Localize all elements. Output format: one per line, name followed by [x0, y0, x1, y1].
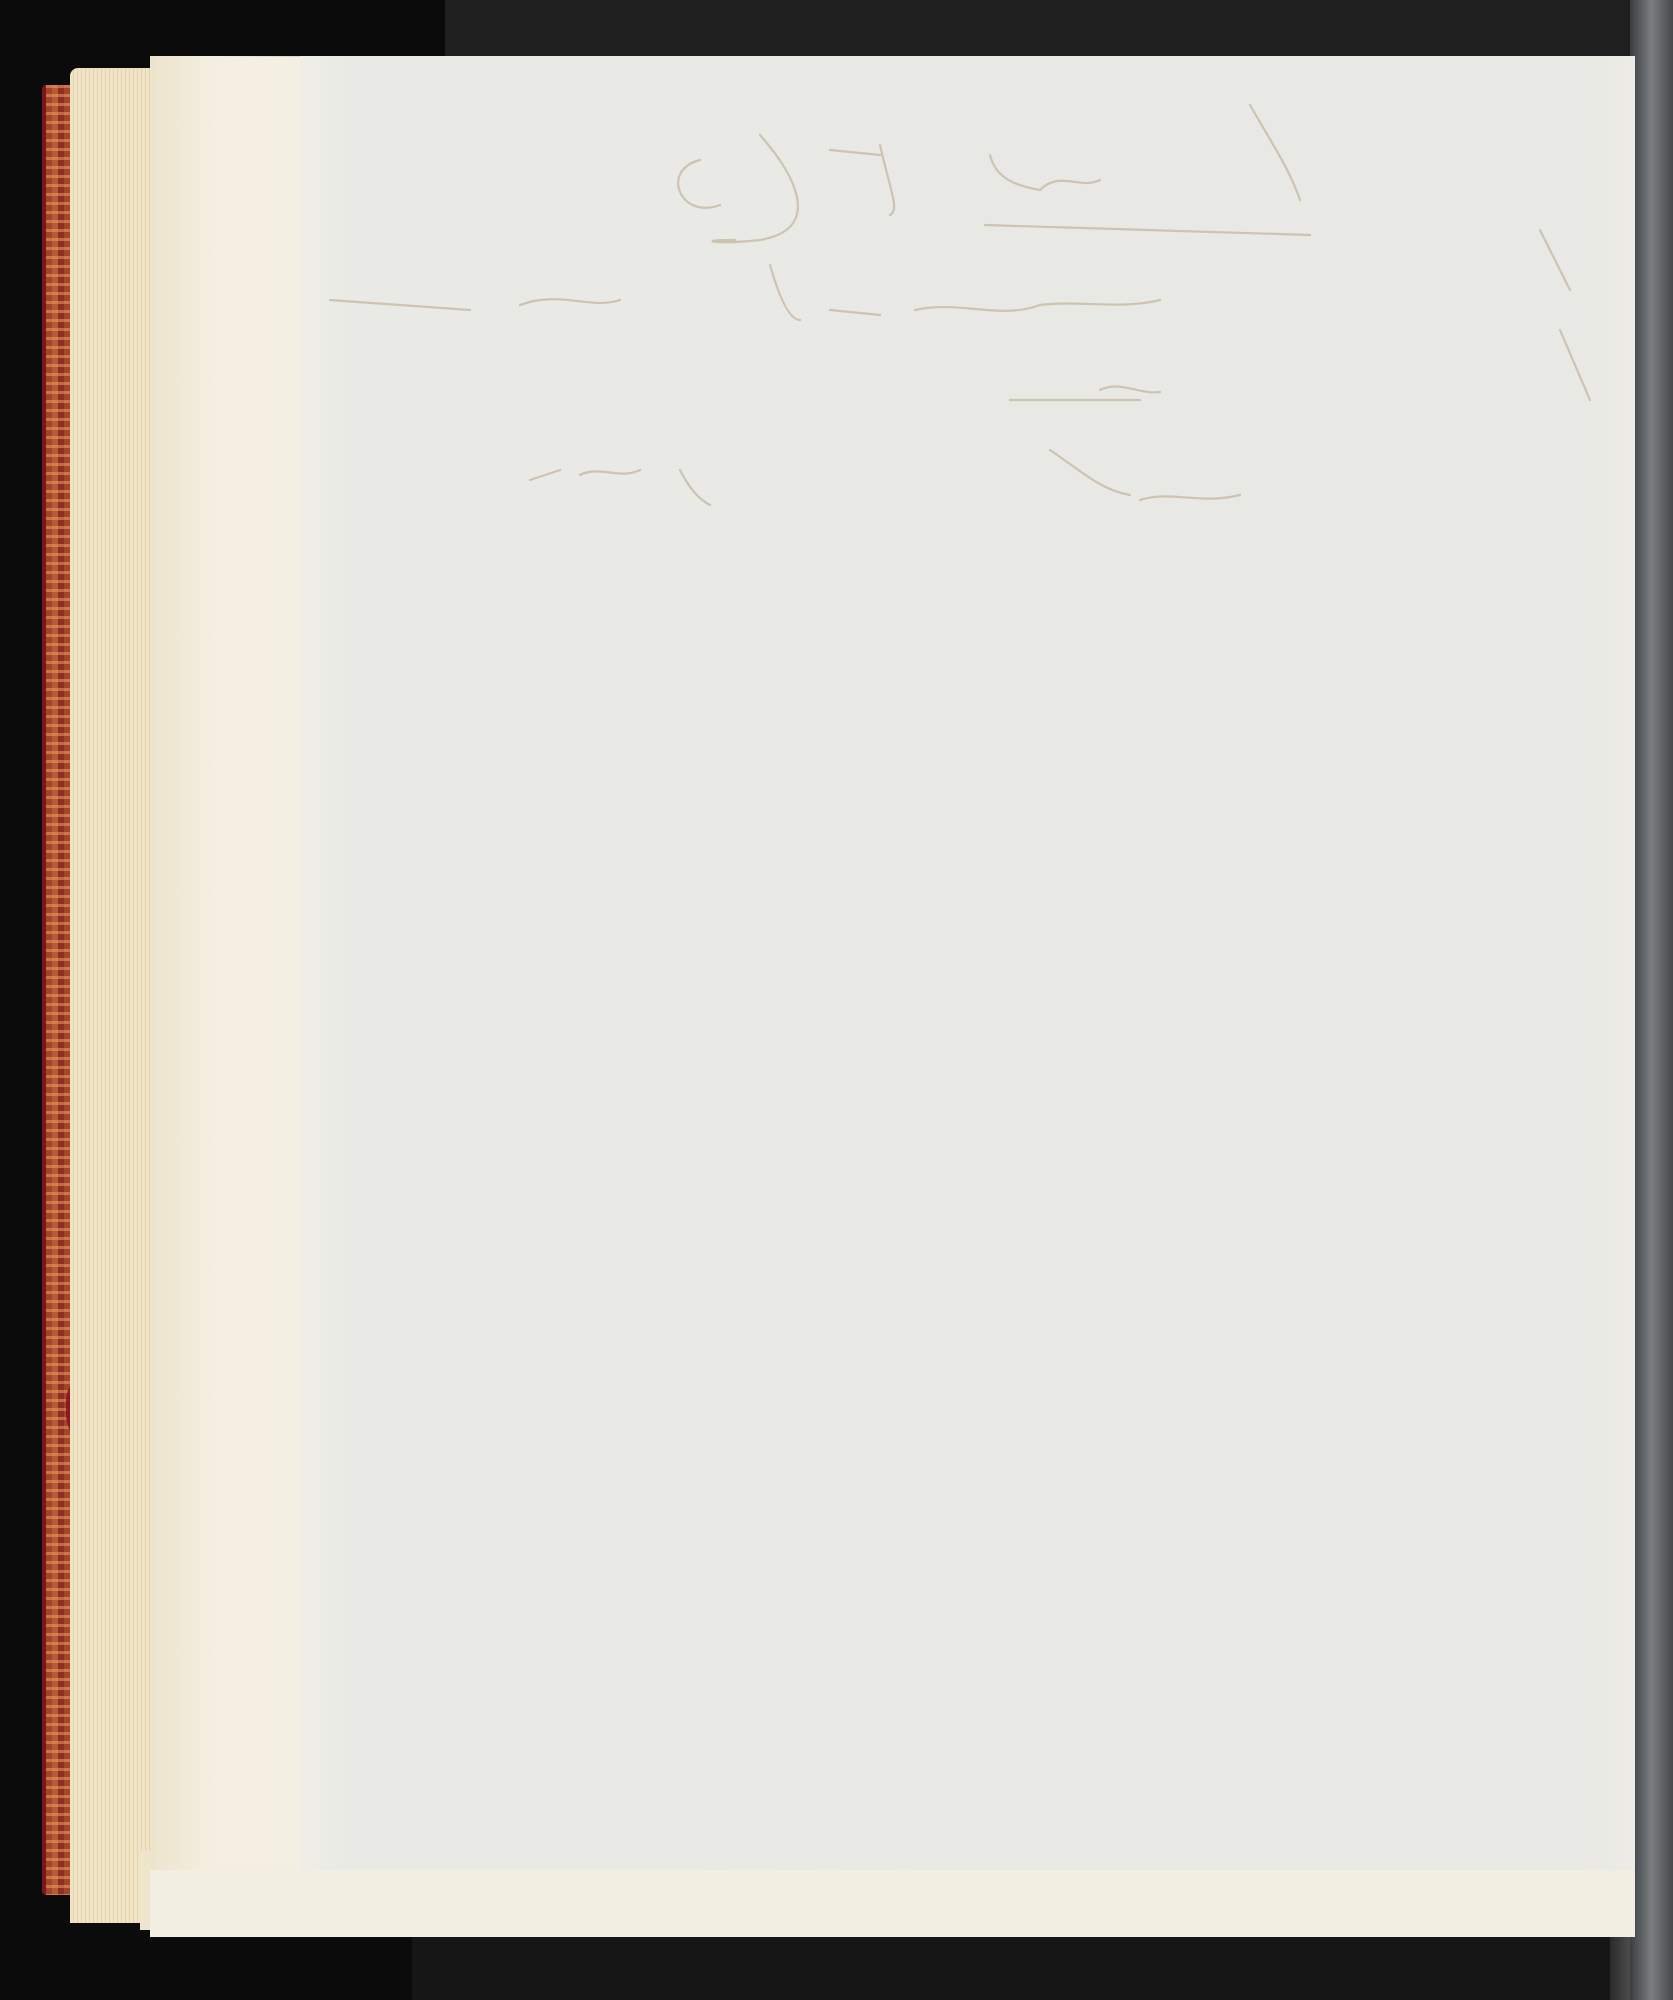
bleed-through-handwriting [0, 0, 1673, 2000]
